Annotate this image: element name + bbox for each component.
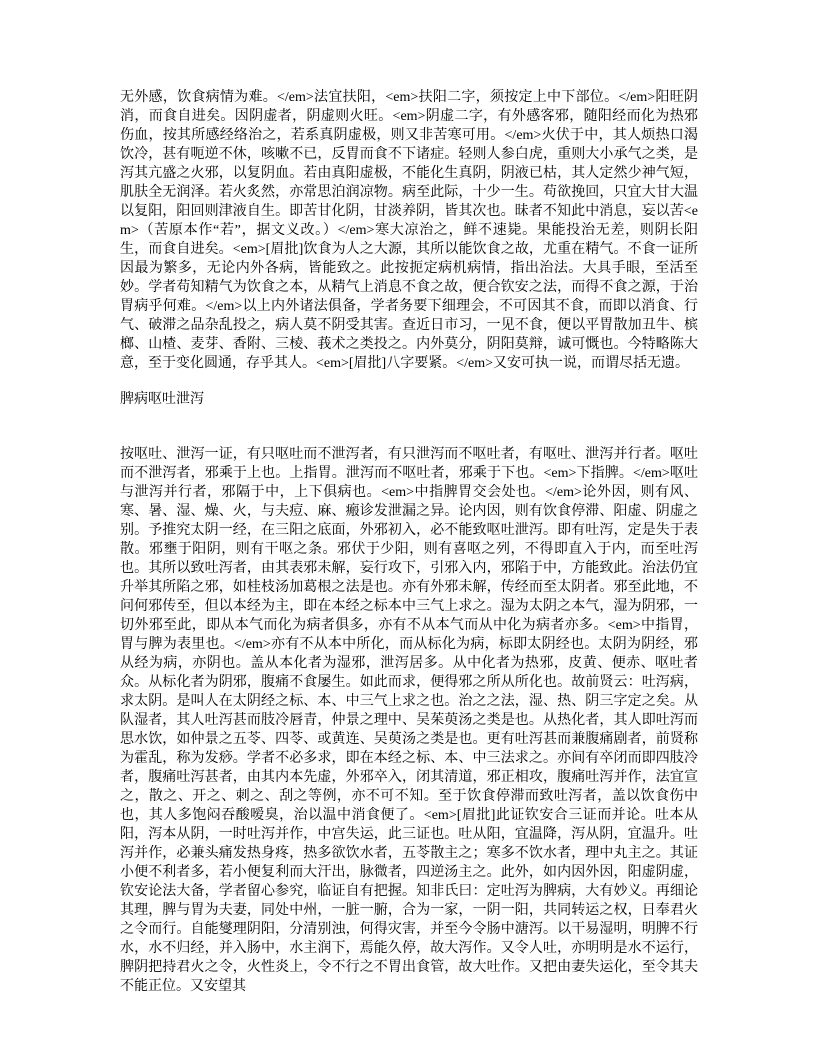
paragraph-continuation: 无外感，饮食病情为难。</em>法宜扶阳，<em>扶阳二字，须按定上中下部位。<… <box>120 88 698 373</box>
page-content: 无外感，饮食病情为难。</em>法宜扶阳，<em>扶阳二字，须按定上中下部位。<… <box>120 88 698 996</box>
document-page: 无外感，饮食病情为难。</em>法宜扶阳，<em>扶阳二字，须按定上中下部位。<… <box>0 0 816 1056</box>
section-heading: 脾病呕吐泄泻 <box>120 390 698 409</box>
paragraph-body: 按呕吐、泄泻一证，有只呕吐而不泄泻者，有只泄泻而不呕吐者，有呕吐、泄泻并行者。呕… <box>120 445 698 996</box>
